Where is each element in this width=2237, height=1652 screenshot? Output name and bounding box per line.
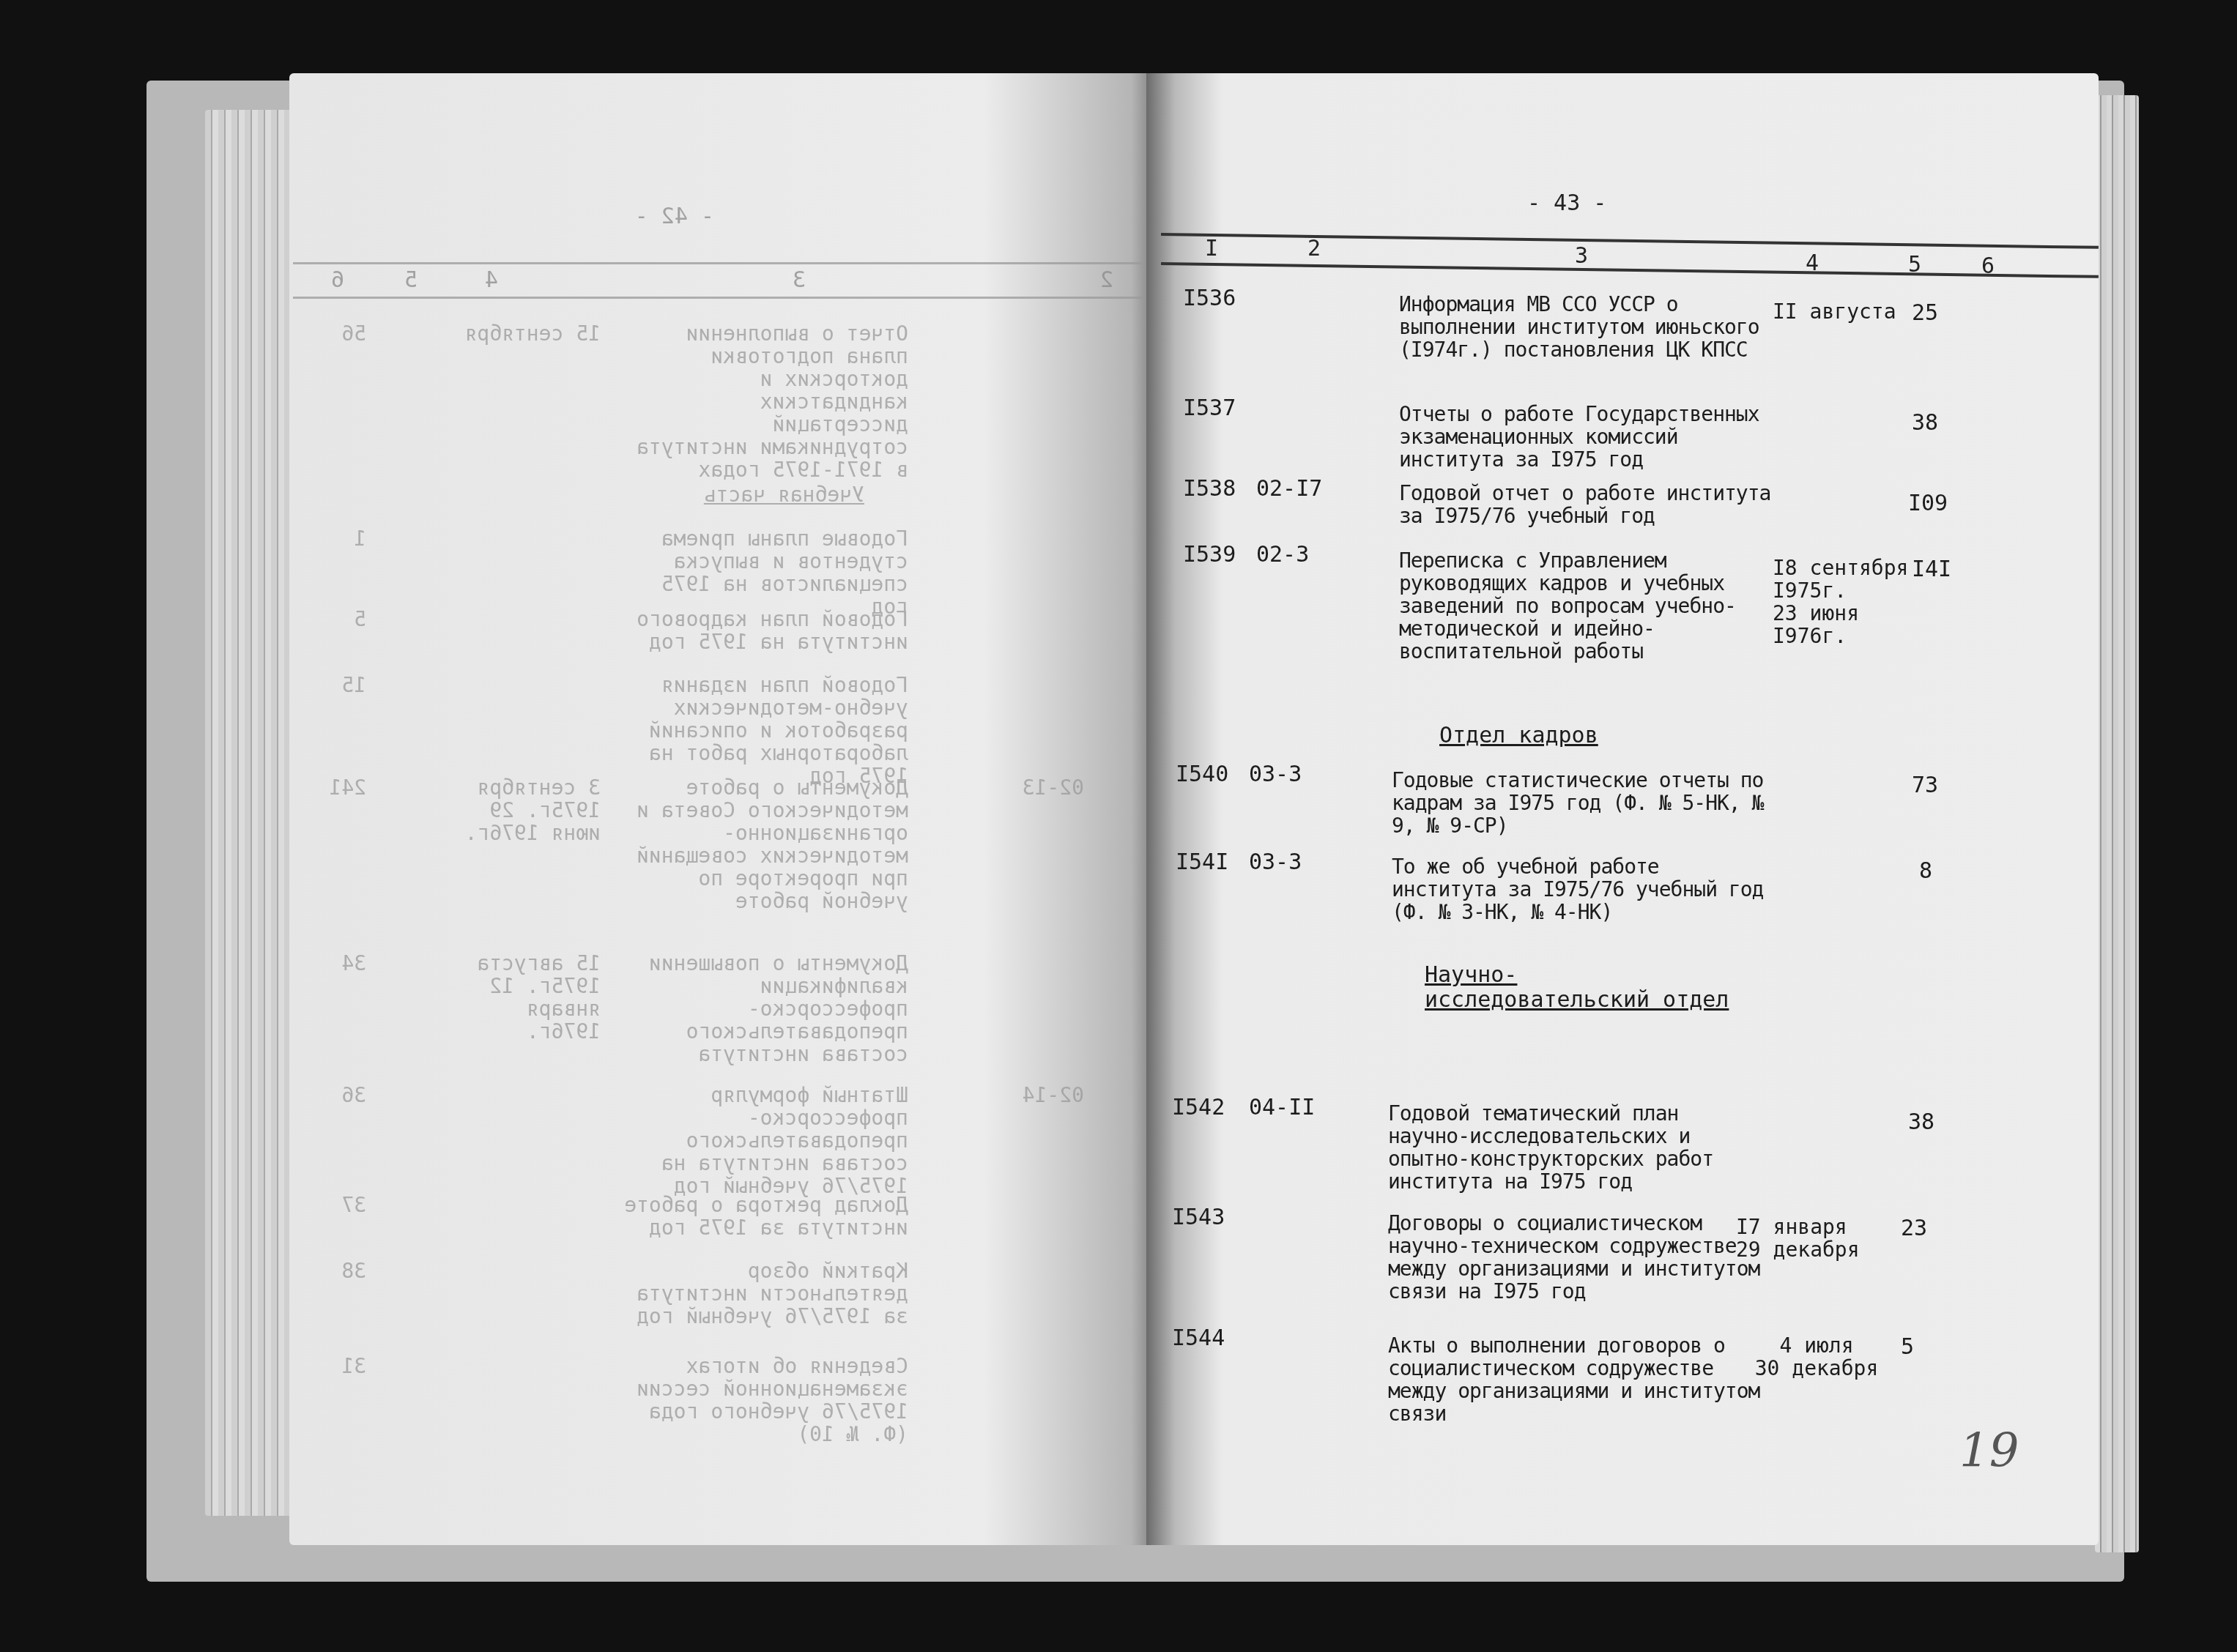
row-title: Годовой отчет о работе института за I975… [1399, 482, 1780, 527]
right-page-number: - 43 - [1527, 190, 1606, 216]
ghost-sheets: 15 [341, 674, 366, 696]
row-sheets: 38 [1908, 1109, 1934, 1135]
handwritten-folio-number: 19 [1959, 1424, 2019, 1478]
left-col-header-3: 3 [793, 267, 806, 293]
row-number: I538 [1183, 476, 1236, 502]
ghost-sheets: 38 [341, 1260, 366, 1282]
row-number: I54I [1176, 849, 1228, 875]
row-index: 03-3 [1249, 849, 1302, 875]
section-heading-personnel: Отдел кадров [1439, 723, 1598, 748]
row-number: I536 [1183, 286, 1236, 311]
row-number: I543 [1172, 1205, 1225, 1230]
ghost-entry: Годовой план издания учебно-методических… [615, 674, 908, 787]
ghost-date: 15 августа 1975г. 12 января 1976г. [454, 952, 601, 1043]
row-index: 04-II [1249, 1095, 1315, 1120]
left-page: - 42 - 2 3 4 5 6 Отчет о выполнении план… [289, 73, 1157, 1545]
row-number: I540 [1176, 762, 1228, 787]
col-header-4: 4 [1806, 250, 1819, 276]
ghost-section: Учебная часть [704, 483, 864, 506]
row-sheets: 38 [1912, 410, 1938, 436]
row-title: Годовые статистические отчеты по кадрам … [1392, 769, 1773, 837]
row-title: Акты о выполнении договоров о социалисти… [1388, 1334, 1769, 1425]
ghost-entry: Годовой план кадрового института на 1975… [615, 608, 908, 653]
left-col-header-5: 5 [404, 267, 418, 293]
row-sheets: 23 [1901, 1216, 1927, 1241]
ghost-sheets: 36 [341, 1084, 366, 1106]
left-col-header-2: 2 [1100, 267, 1113, 293]
row-number: I544 [1172, 1325, 1225, 1351]
page-edges-right [2095, 95, 2139, 1552]
section-heading-research: Научно-исследовательский отдел [1425, 963, 1732, 1013]
ghost-sheets: 37 [341, 1194, 366, 1216]
ghost-entry: Доклад ректора о работе института за 197… [615, 1194, 908, 1239]
row-index: 03-3 [1249, 762, 1302, 787]
ghost-sheets: 1 [354, 527, 366, 550]
row-sheets: 5 [1901, 1334, 1914, 1360]
ghost-index: 02-13 [1023, 776, 1084, 799]
row-title: То же об учебной работе института за I97… [1392, 855, 1773, 923]
ghost-entry: Отчет о выполнении плана подготовки докт… [615, 322, 908, 481]
ghost-entry: Штатный формуляр профессорско-преподават… [615, 1084, 908, 1197]
col-header-6: 6 [1981, 253, 1995, 279]
row-title: Отчеты о работе Государственных экзамена… [1399, 403, 1780, 471]
row-title: Переписка с Управлением руководящих кадр… [1399, 549, 1780, 663]
row-title: Годовой тематический план научно-исследо… [1388, 1102, 1769, 1193]
row-dates: I8 сентября I975г. 23 июня I976г. [1773, 557, 1919, 647]
ghost-index: 02-14 [1023, 1084, 1084, 1106]
col-header-3: 3 [1575, 243, 1588, 269]
row-sheets: I09 [1908, 491, 1948, 516]
left-page-number: - 42 - [635, 204, 714, 229]
page-edges-left [205, 110, 300, 1516]
row-sheets: 8 [1919, 858, 1932, 884]
ghost-entry: Краткий обзор деятельности института за … [615, 1260, 908, 1328]
ghost-sheets: 34 [341, 952, 366, 975]
header-bottom-rule [1161, 262, 2099, 278]
left-header-top-rule [293, 262, 1143, 264]
ghost-entry: Документы о работе методического Совета … [615, 776, 908, 912]
row-dates: II августа [1773, 300, 1919, 323]
ghost-sheets: 56 [341, 322, 366, 345]
row-number: I542 [1172, 1095, 1225, 1120]
header-top-rule [1161, 233, 2099, 249]
col-header-5: 5 [1908, 252, 1921, 278]
col-header-1: I [1205, 236, 1218, 261]
row-title: Информация МВ ССО УССР о выполнении инст… [1399, 293, 1780, 361]
row-index: 02-I7 [1256, 476, 1322, 502]
ghost-sheets: 5 [354, 608, 366, 630]
ghost-entry: Годовые планы приема студентов и выпуска… [615, 527, 908, 618]
ghost-sheets: 241 [329, 776, 366, 799]
row-sheets: I4I [1912, 557, 1951, 582]
ghost-sheets: 31 [341, 1355, 366, 1377]
row-dates: 4 июля 30 декабря [1736, 1334, 1897, 1380]
left-header-bottom-rule [293, 297, 1143, 299]
left-page-bleed-through: - 42 - 2 3 4 5 6 Отчет о выполнении план… [289, 73, 1157, 1545]
row-sheets: 73 [1912, 773, 1938, 798]
ghost-entry: Сведения об итогах экзаменационной сесси… [615, 1355, 908, 1445]
ghost-date: 15 сентября [465, 322, 601, 345]
row-title: Договоры о социалистическом научно-техни… [1388, 1212, 1769, 1303]
ghost-date: 3 сентября 1975г. 29 июня 1976г. [454, 776, 601, 844]
left-col-header-4: 4 [485, 267, 498, 293]
row-number: I537 [1183, 395, 1236, 421]
ghost-entry: Документы о повышении квалификации профе… [615, 952, 908, 1065]
left-col-header-6: 6 [331, 267, 344, 293]
right-page: - 43 - I 2 3 4 5 6 I536 Информация МВ СС… [1146, 73, 2099, 1545]
col-header-2: 2 [1307, 236, 1321, 261]
row-dates: I7 января 29 декабря [1736, 1216, 1897, 1261]
row-index: 02-3 [1256, 542, 1309, 568]
row-number: I539 [1183, 542, 1236, 568]
row-sheets: 25 [1912, 300, 1938, 326]
